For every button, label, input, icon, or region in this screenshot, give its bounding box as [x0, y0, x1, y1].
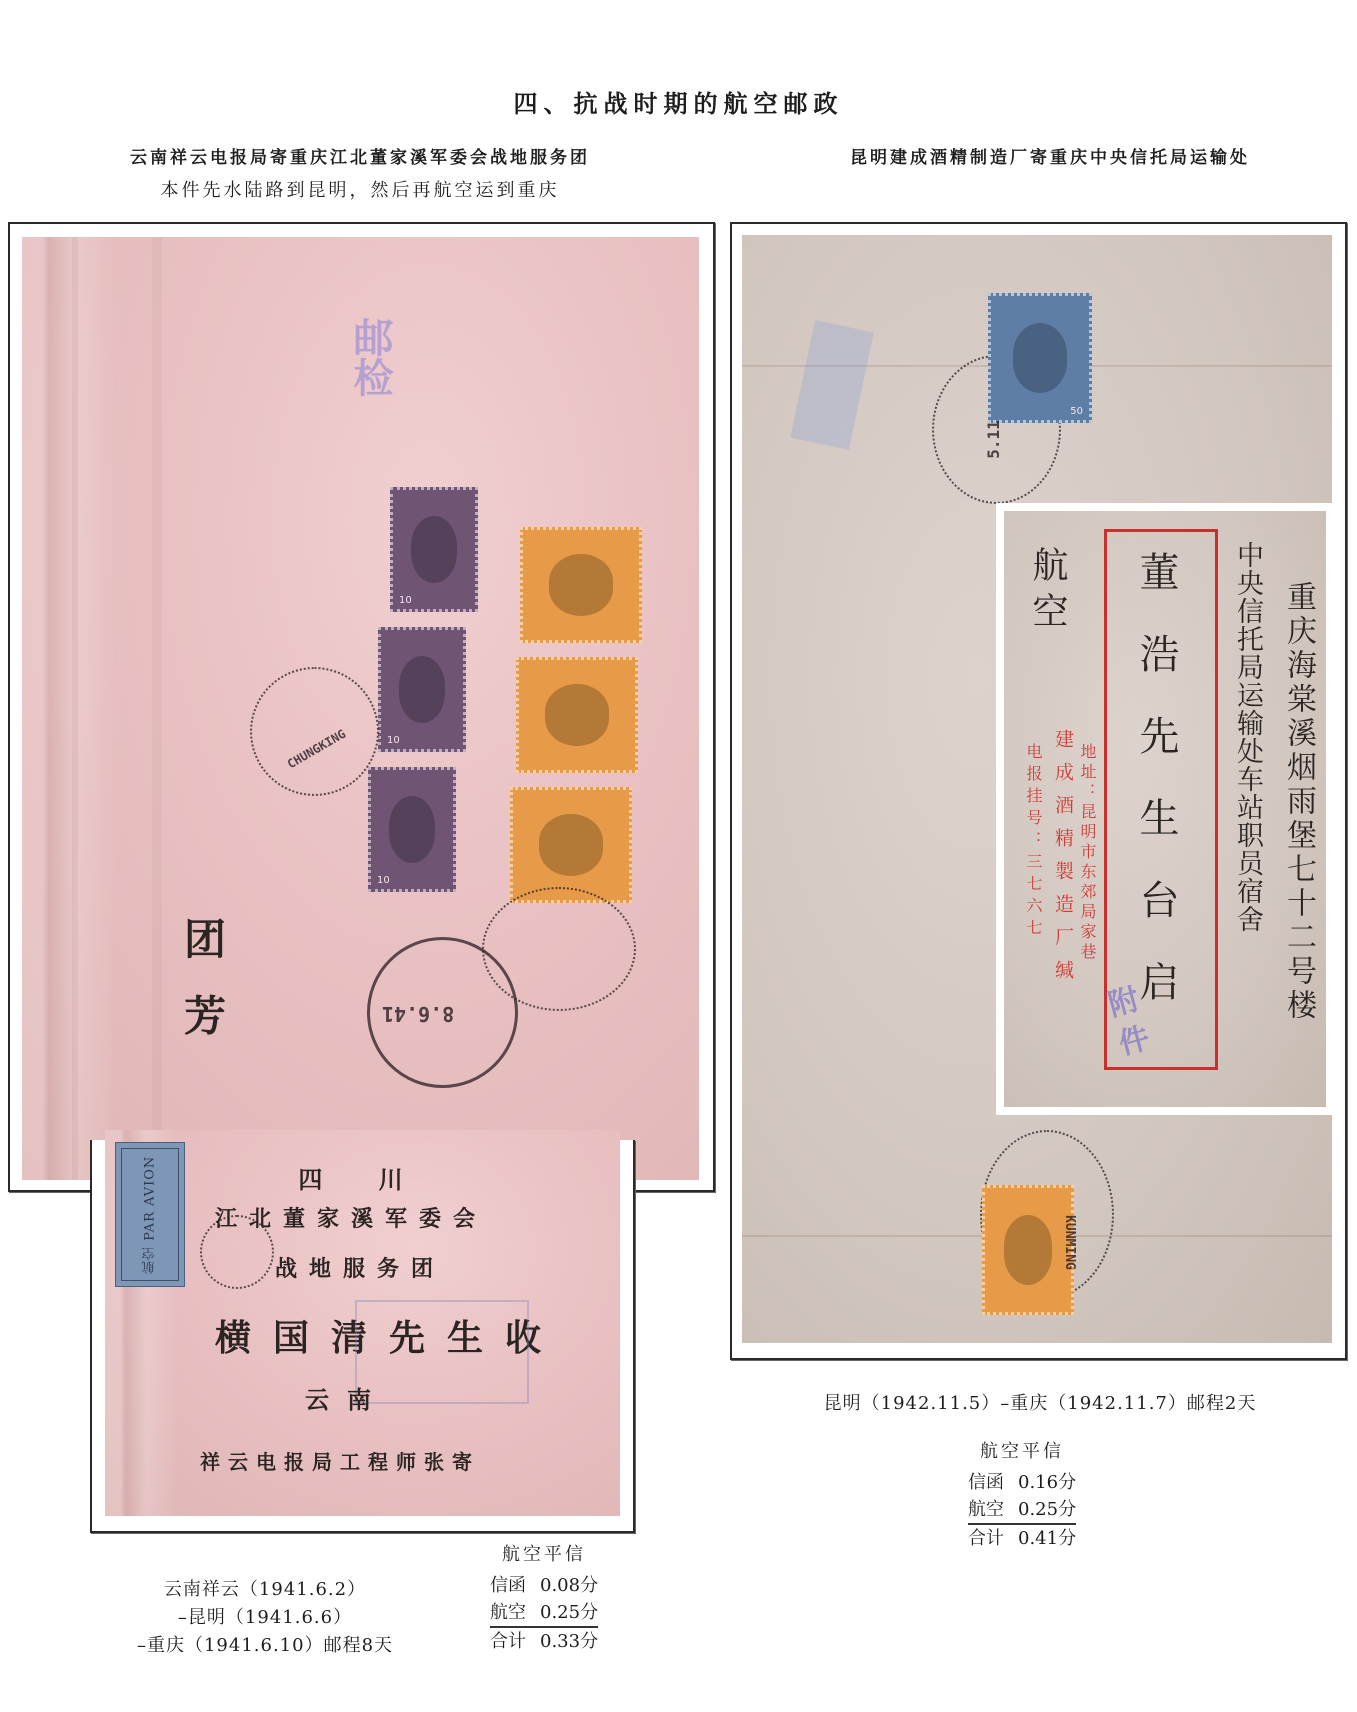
address-line: 战地服务团: [275, 1252, 445, 1283]
sender-telegram: 电报挂号：三七六七: [1022, 743, 1045, 941]
left-route: 云南祥云（1941.6.2） –昆明（1941.6.6） –重庆（1941.6.…: [100, 1576, 430, 1660]
stamp: [516, 657, 638, 773]
air-mail-mark: 航空: [1022, 546, 1073, 638]
left-cover-front-image: 航空 PAR AVION 四 川 江北董家溪军委会 战地服务团 横国清先生收 云…: [105, 1130, 620, 1516]
left-rate-table: 航空平信 信函0.08分 航空0.25分 合计0.33分: [490, 1541, 598, 1655]
right-route: 昆明（1942.11.5）–重庆（1942.11.7）邮程2天: [760, 1390, 1320, 1418]
left-cover-note: 本件先水陆路到昆明，然后再航空运到重庆: [60, 176, 660, 202]
addressee: 董浩先生台启: [1128, 551, 1185, 1043]
right-rate-table: 航空平信 信函0.16分 航空0.25分 合计0.41分: [968, 1438, 1076, 1552]
stamp: 10: [390, 487, 478, 612]
page-title: 四、抗战时期的航空邮政: [0, 84, 1357, 119]
origin: 云南: [305, 1380, 389, 1415]
left-cover-back-image: 邮检 10 10 10 CHUNGKING 8.6.41 团 芳: [22, 237, 699, 1180]
stamp: [510, 787, 632, 903]
postmark-date: 5.11: [984, 420, 1003, 459]
postmark-date: 8.6.41: [382, 1002, 454, 1026]
left-cover-caption: 云南祥云电报局寄重庆江北董家溪军委会战地服务团: [60, 143, 660, 168]
blue-cachet-mark: 邮检: [342, 317, 399, 397]
address-line: 中央信托局运输处车站职员宿舍: [1228, 541, 1267, 933]
handwritten-note: 团 芳: [172, 917, 232, 1046]
stamp: 10: [368, 767, 456, 892]
sender-address: 地址：昆明市东郊局家巷: [1076, 743, 1099, 963]
right-cover-caption: 昆明建成酒精制造厂寄重庆中央信托局运输处: [780, 143, 1320, 168]
postmark: [482, 887, 636, 1011]
address-province: 四 川: [105, 1160, 620, 1195]
stamp: [982, 1185, 1074, 1315]
blue-cachet-mark: [790, 320, 874, 450]
stamp: [520, 527, 642, 643]
sender: 祥云电报局工程师张寄: [200, 1446, 480, 1475]
stamp: 10: [378, 627, 466, 752]
address-line: 重庆海棠溪烟雨堡七十二号楼: [1276, 581, 1320, 1023]
right-cover-front-image: 航空 董浩先生台启 重庆海棠溪烟雨堡七十二号楼 中央信托局运输处车站职员宿舍 地…: [1004, 511, 1326, 1107]
postmark-city: KUNMING: [1062, 1215, 1077, 1270]
postmark: [250, 667, 379, 796]
stamp: 50: [988, 293, 1092, 423]
sender-name: 建成酒精製造厂缄: [1050, 729, 1077, 993]
address-line: 江北董家溪军委会: [215, 1202, 487, 1233]
